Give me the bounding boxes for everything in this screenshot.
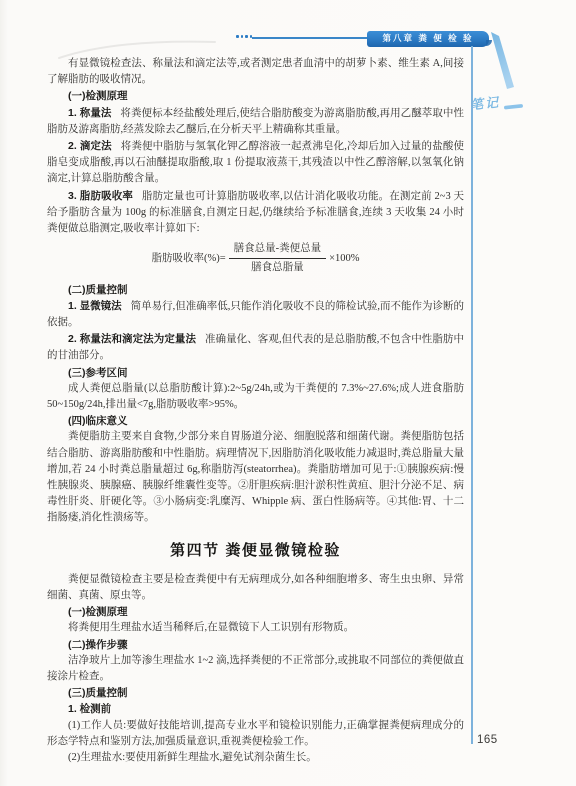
method-titration-paragraph: 2. 滴定法将粪便中脂肪与氢氧化钾乙醇溶液一起煮沸皂化,冷却后加入过量的盐酸使脂… [47, 138, 464, 188]
heading-principle-2: (一)检测原理 [47, 604, 464, 620]
reference-interval-paragraph: 成人粪便总脂量(以总脂肪酸计算):2~5g/24h,或为干粪便的 7.3%~27… [47, 381, 464, 413]
heading-quality-control-2: (三)质量控制 [47, 685, 464, 701]
section2-intro-paragraph: 粪便显微镜检查主要是检查粪便中有无病理成分,如各种细胞增多、寄生虫虫卵、异常细菌… [47, 572, 464, 604]
heading-procedure: (二)操作步骤 [47, 637, 464, 653]
margin-rule [471, 46, 473, 744]
procedure-paragraph: 洁净玻片上加等渗生理盐水 1~2 滴,选择粪便的不正常部分,或挑取不同部位的粪便… [47, 653, 464, 685]
pre-test-staff-paragraph: (1)工作人员:要做好技能培训,提高专业水平和镜检识别能力,正确掌握粪便病理成分… [47, 718, 464, 750]
method-titration-label: 2. 滴定法 [68, 140, 112, 152]
heading-principle-1: (一)检测原理 [47, 88, 464, 104]
method-absorption-label: 3. 脂肪吸收率 [68, 190, 133, 202]
method-weighing-paragraph: 1. 称量法将粪便标本经盐酸处理后,使结合脂肪酸变为游离脂肪酸,再用乙醚萃取中性… [47, 105, 464, 138]
qc-quantitative-label: 2. 称量法和滴定法为定量法 [68, 333, 196, 345]
pre-test-saline-paragraph: (2)生理盐水:要使用新鲜生理盐水,避免试剂杂菌生长。 [47, 750, 464, 766]
clinical-significance-paragraph: 粪便脂肪主要来自食物,少部分来自胃肠道分泌、细胞脱落和细菌代谢。粪便脂肪包括结合… [47, 429, 464, 526]
pre-test-label: 1. 检测前 [47, 701, 464, 717]
formula-rhs: ×100% [329, 253, 359, 264]
fat-absorption-formula: 脂肪吸收率(%)=膳食总量-粪便总量膳食总脂量×100% [47, 241, 464, 276]
heading-reference-interval: (三)参考区间 [47, 365, 464, 381]
book-page: 第八章 粪 便 检 验 笔记 有显微镜检查法、称量法和滴定法等,或者测定患者血清… [0, 0, 576, 786]
formula-fraction: 膳食总量-粪便总量膳食总脂量 [229, 241, 327, 276]
header-rule [252, 37, 368, 39]
formula-denominator: 膳食总脂量 [229, 259, 327, 276]
formula-numerator: 膳食总量-粪便总量 [229, 241, 327, 259]
header-dots-icon [236, 35, 252, 38]
principle-2-paragraph: 将粪便用生理盐水适当稀释后,在显微镜下人工识别有形物质。 [47, 620, 464, 636]
qc-microscopy-label: 1. 显微镜法 [68, 300, 122, 312]
intro-paragraph: 有显微镜检查法、称量法和滴定法等,或者测定患者血清中的胡萝卜素、维生素 A,间接… [47, 56, 464, 88]
qc-microscopy-paragraph: 1. 显微镜法简单易行,但准确率低,只能作消化吸收不良的筛检试验,而不能作为诊断… [47, 298, 464, 331]
section-title: 第四节 粪便显微镜检验 [47, 540, 464, 562]
heading-quality-control-1: (二)质量控制 [47, 282, 464, 298]
heading-clinical-significance: (四)临床意义 [47, 413, 464, 429]
formula-lhs: 脂肪吸收率(%)= [151, 253, 225, 264]
method-absorption-paragraph: 3. 脂肪吸收率脂肪定量也可计算脂肪吸收率,以估计消化吸收功能。在测定前 2~3… [47, 188, 464, 238]
page-number: 165 [477, 734, 498, 746]
qc-quantitative-paragraph: 2. 称量法和滴定法为定量法准确量化、客观,但代表的是总脂肪酸,不包含中性脂肪中… [47, 331, 464, 364]
method-weighing-label: 1. 称量法 [68, 107, 111, 119]
handwritten-note: 笔记 [469, 91, 501, 113]
page-body: 有显微镜检查法、称量法和滴定法等,或者测定患者血清中的胡萝卜素、维生素 A,间接… [47, 56, 464, 766]
